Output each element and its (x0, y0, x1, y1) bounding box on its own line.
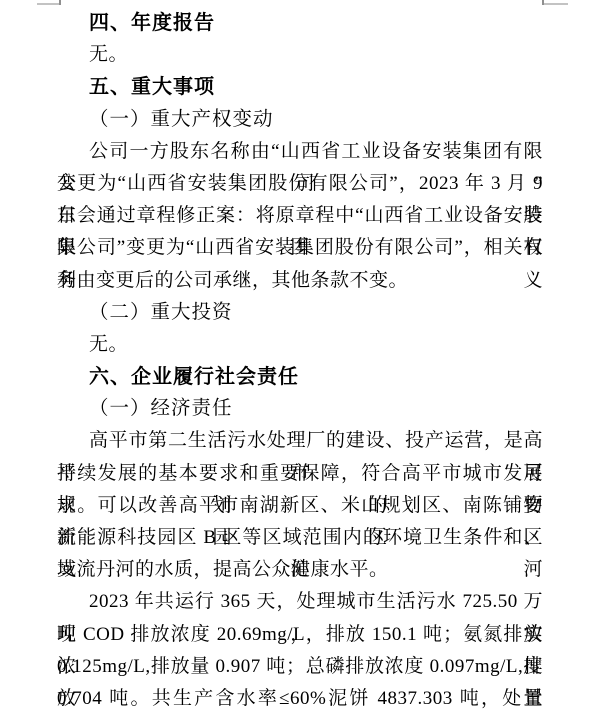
margin-crop-mark-right-tick (542, 0, 544, 5)
document-line: 东会通过章程修正案：将原章程中“山西省工业设备安装集团有 (57, 200, 543, 232)
document-line: 限公司”变更为“山西省安装集团股份有限公司”，相关权利义 (57, 232, 543, 264)
document-line: （一）重大产权变动 (57, 104, 543, 136)
document-line: 公司一方股东名称由“山西省工业设备安装集团有限公司” (57, 136, 543, 168)
document-line: 变更为“山西省安装集团股份有限公司”，2023 年 3 月 9 日股 (57, 168, 543, 200)
document-line: 无。 (57, 39, 543, 71)
document-line: 五、重大事项 (57, 71, 543, 103)
document-line: 0.125mg/L,排放量 0.907 吨；总磷排放浓度 0.097mg/L,排… (57, 651, 543, 683)
document-line: 四、年度报告 (57, 7, 543, 39)
document-line: （二）重大投资 (57, 297, 543, 329)
document-line: 持续发展的基本要求和重要保障，符合高平市城市发展规划的要 (57, 458, 543, 490)
document-line: （一）经济责任 (57, 393, 543, 425)
margin-crop-mark-left-tick (59, 0, 61, 5)
document-page: 四、年度报告无。五、重大事项（一）重大产权变动公司一方股东名称由“山西省工业设备… (0, 0, 598, 720)
margin-crop-mark-left-line (37, 3, 61, 5)
text-area: 四、年度报告无。五、重大事项（一）重大产权变动公司一方股东名称由“山西省工业设备… (57, 7, 543, 715)
document-line: 无。 (57, 329, 543, 361)
document-line: 现 COD 排放浓度 20.69mg/L，排放 150.1 吨；氨氮排放浓度 (57, 619, 543, 651)
document-line: 2023 年共运行 365 天，处理城市生活污水 725.50 万吨，实 (57, 586, 543, 618)
document-line: 求。可以改善高平市南湖新区、米山规划区、南陈铺物流园区、 (57, 490, 543, 522)
document-line: 高平市第二生活污水处理厂的建设、投产运营，是高平市可 (57, 425, 543, 457)
document-line: 新能源科技园区 B 区等区域范围内的环境卫生条件和区域沁河 (57, 522, 543, 554)
document-line: 六、企业履行社会责任 (57, 361, 543, 393)
document-line: 0.704 吨。共生产含水率≤60%泥饼 4837.303 吨，处置 4837.… (57, 683, 543, 715)
margin-crop-mark-right-line (542, 3, 568, 5)
